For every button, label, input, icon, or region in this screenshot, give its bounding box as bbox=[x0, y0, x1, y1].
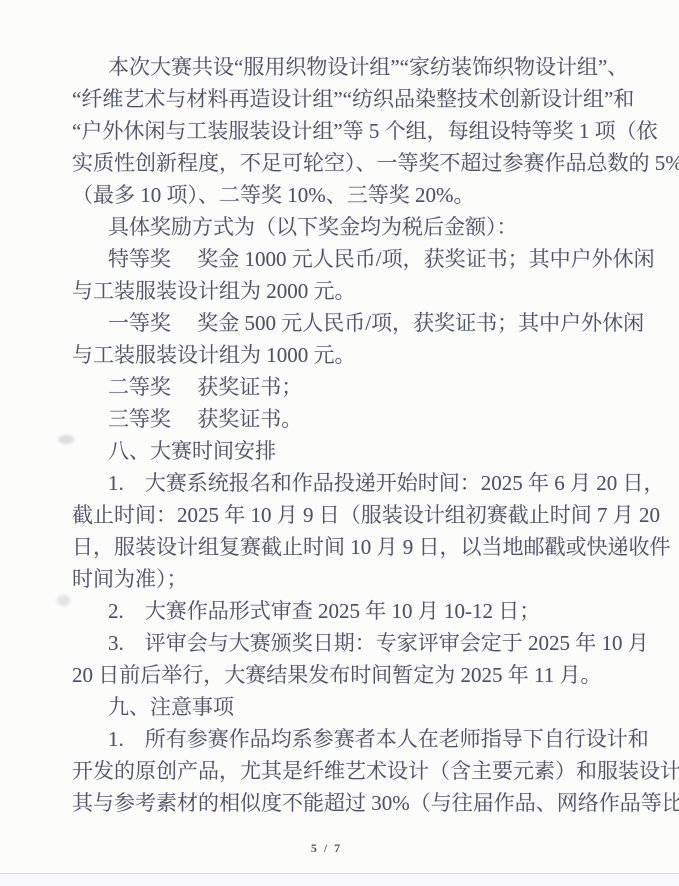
text-line: 日，服装设计组复赛截止时间 10 月 9 日，以当地邮戳或快递收件 bbox=[72, 531, 618, 563]
text-line: 开发的原创产品，尤其是纤维艺术设计（含主要元素）和服装设计， bbox=[72, 755, 618, 787]
text-line: 三等奖 获奖证书。 bbox=[72, 403, 618, 435]
text-line: “户外休闲与工装服装设计组”等 5 个组，每组设特等奖 1 项（依 bbox=[72, 115, 618, 147]
text-line: 特等奖 奖金 1000 元人民币/项，获奖证书；其中户外休闲 bbox=[72, 243, 618, 275]
text-line: 与工装服装设计组为 1000 元。 bbox=[72, 339, 618, 371]
text-line: 2. 大赛作品形式审查 2025 年 10 月 10-12 日； bbox=[72, 595, 618, 627]
text-line: 20 日前后举行，大赛结果发布时间暂定为 2025 年 11 月。 bbox=[72, 659, 618, 691]
text-line: 其与参考素材的相似度不能超过 30%（与往届作品、网络作品等比 bbox=[72, 787, 618, 819]
text-line: 具体奖励方式为（以下奖金均为税后金额）： bbox=[72, 211, 618, 243]
text-line: 二等奖 获奖证书； bbox=[72, 371, 618, 403]
text-line: “纤维艺术与材料再造设计组”“纺织品染整技术创新设计组”和 bbox=[72, 83, 618, 115]
text-line: 1. 所有参赛作品均系参赛者本人在老师指导下自行设计和 bbox=[72, 723, 618, 755]
text-line: 八、大赛时间安排 bbox=[72, 435, 618, 467]
viewer-background-strip bbox=[0, 874, 679, 886]
document-page: 本次大赛共设“服用织物设计组”“家纺装饰织物设计组”、“纤维艺术与材料再造设计组… bbox=[0, 0, 679, 886]
text-line: 3. 评审会与大赛颁奖日期：专家评审会定于 2025 年 10 月 bbox=[72, 627, 618, 659]
text-line: 九、注意事项 bbox=[72, 691, 618, 723]
text-line: 截止时间：2025 年 10 月 9 日（服装设计组初赛截止时间 7 月 20 bbox=[72, 499, 618, 531]
scan-smudge bbox=[57, 595, 70, 606]
text-line: 本次大赛共设“服用织物设计组”“家纺装饰织物设计组”、 bbox=[72, 51, 618, 83]
scan-smudge bbox=[58, 435, 74, 444]
text-line: 1. 大赛系统报名和作品投递开始时间：2025 年 6 月 20 日， bbox=[72, 467, 618, 499]
page-number: 5 / 7 bbox=[0, 841, 653, 856]
text-line: （最多 10 项）、二等奖 10%、三等奖 20%。 bbox=[72, 179, 618, 211]
text-line: 一等奖 奖金 500 元人民币/项，获奖证书；其中户外休闲 bbox=[72, 307, 618, 339]
document-body: 本次大赛共设“服用织物设计组”“家纺装饰织物设计组”、“纤维艺术与材料再造设计组… bbox=[72, 51, 618, 819]
text-line: 与工装服装设计组为 2000 元。 bbox=[72, 275, 618, 307]
text-line: 实质性创新程度，不足可轮空）、一等奖不超过参赛作品总数的 5% bbox=[72, 147, 618, 179]
text-line: 时间为准）； bbox=[72, 563, 618, 595]
